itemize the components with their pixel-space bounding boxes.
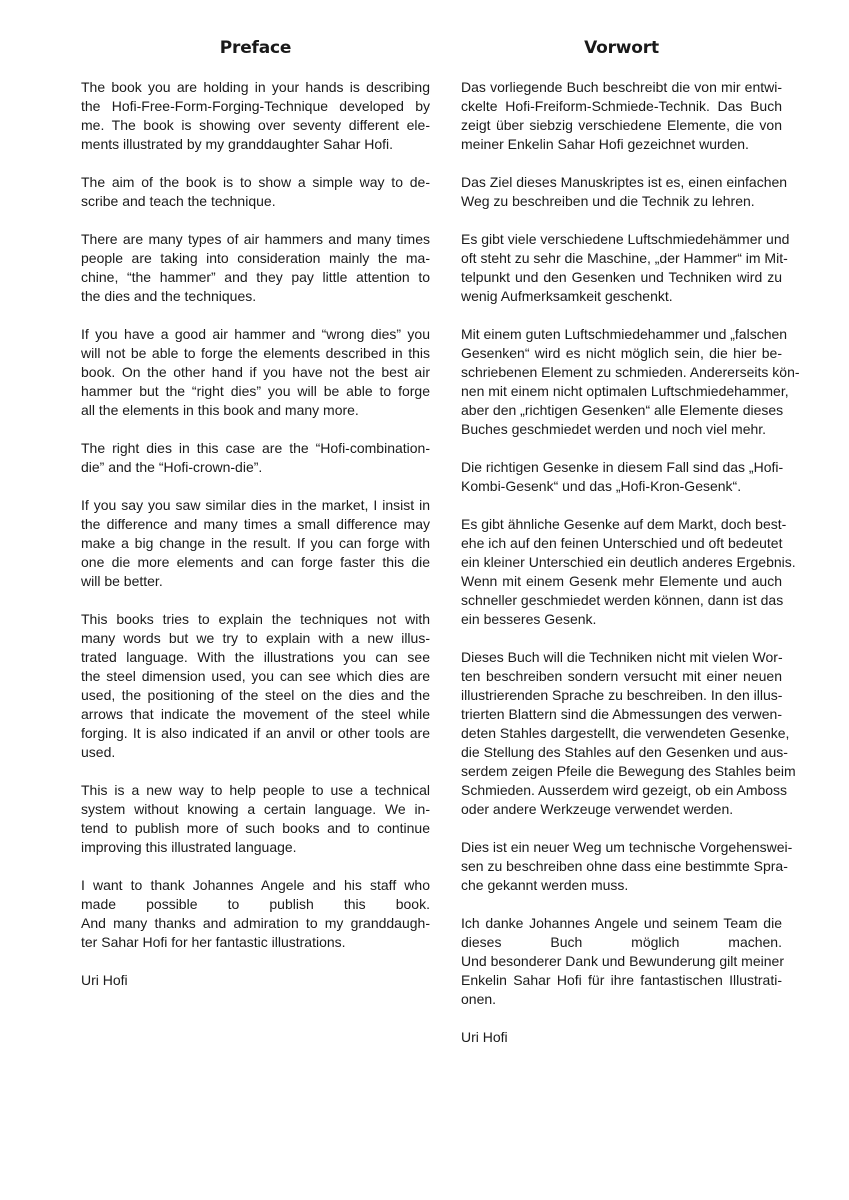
text-line: If you say you saw similar dies in the m… xyxy=(81,496,430,515)
vorwort-paragraph: Das Ziel dieses Manuskriptes ist es, ein… xyxy=(461,173,782,211)
text-line: will be better. xyxy=(81,572,430,591)
preface-paragraph: The aim of the book is to show a simple … xyxy=(81,173,430,211)
text-line: me. The book is showing over seventy dif… xyxy=(81,116,430,135)
vorwort-paragraph: Dieses Buch will die Techniken nicht mit… xyxy=(461,648,782,819)
text-line: onen. xyxy=(461,990,782,1009)
text-line: many words but we try to explain with a … xyxy=(81,629,430,648)
preface-paragraph: If you have a good air hammer and “wrong… xyxy=(81,325,430,420)
text-line: trated language. With the illustrations … xyxy=(81,648,430,667)
text-line: che gekannt werden muss. xyxy=(461,876,782,895)
text-line: Schmieden. Ausserdem wird gezeigt, ob ei… xyxy=(461,781,782,800)
vorwort-paragraph: Ich danke Johannes Angele und seinem Tea… xyxy=(461,914,782,1009)
preface-paragraph: If you say you saw similar dies in the m… xyxy=(81,496,430,591)
text-line: Und besonderer Dank und Bewunderung gilt… xyxy=(461,952,782,971)
text-line: wenig Aufmerksamkeit geschenkt. xyxy=(461,287,782,306)
text-line: Mit einem guten Luftschmiedehammer und „… xyxy=(461,325,782,344)
text-line: hammer but the “right dies” you will be … xyxy=(81,382,430,401)
text-line: schneller geschmiedet werden können, dan… xyxy=(461,591,782,610)
vorwort-body: Das vorliegende Buch beschreibt die von … xyxy=(461,78,782,1047)
text-line: the difference and many times a small di… xyxy=(81,515,430,534)
vorwort-paragraph: Das vorliegende Buch beschreibt die von … xyxy=(461,78,782,154)
vorwort-title: Vorwort xyxy=(461,36,782,60)
text-line: I want to thank Johannes Angele and his … xyxy=(81,876,430,895)
text-line: people are taking into consideration mai… xyxy=(81,249,430,268)
text-line: will not be able to forge the elements d… xyxy=(81,344,430,363)
preface-paragraph: I want to thank Johannes Angele and his … xyxy=(81,876,430,952)
text-line: Uri Hofi xyxy=(461,1028,782,1047)
vorwort-paragraph: Es gibt viele verschiedene Luftschmiedeh… xyxy=(461,230,782,306)
text-line: The aim of the book is to show a simple … xyxy=(81,173,430,192)
text-line: zeigt über siebzig verschiedene Elemente… xyxy=(461,116,782,135)
text-line: one die more elements and can forge fast… xyxy=(81,553,430,572)
vorwort-column: Vorwort Das vorliegende Buch beschreibt … xyxy=(461,36,782,1066)
preface-title: Preface xyxy=(81,36,430,60)
preface-paragraph: There are many types of air hammers and … xyxy=(81,230,430,306)
text-line: schriebenen Element zu schmieden. Andere… xyxy=(461,363,782,382)
text-line: illustrierenden Sprache zu beschreiben. … xyxy=(461,686,782,705)
text-line: dieses Buch möglich machen. xyxy=(461,933,782,952)
text-line: forging. It is also indicated if an anvi… xyxy=(81,724,430,743)
text-line: If you have a good air hammer and “wrong… xyxy=(81,325,430,344)
text-line: system without knowing a certain languag… xyxy=(81,800,430,819)
text-line: aber den „richtigen Gesenken“ alle Eleme… xyxy=(461,401,782,420)
preface-paragraph: The book you are holding in your hands i… xyxy=(81,78,430,154)
text-line: tend to publish more of such books and t… xyxy=(81,819,430,838)
text-line: Wenn mit einem Gesenk mehr Elemente und … xyxy=(461,572,782,591)
text-line: meiner Enkelin Sahar Hofi gezeichnet wur… xyxy=(461,135,782,154)
vorwort-paragraph: Die richtigen Gesenke in diesem Fall sin… xyxy=(461,458,782,496)
text-line: the Hofi-Free-Form-Forging-Technique dev… xyxy=(81,97,430,116)
vorwort-paragraph: Uri Hofi xyxy=(461,1028,782,1047)
text-line: the dies and the techniques. xyxy=(81,287,430,306)
text-line: Gesenken“ wird es nicht möglich sein, di… xyxy=(461,344,782,363)
text-line: ments illustrated by my granddaughter Sa… xyxy=(81,135,430,154)
preface-paragraph: This books tries to explain the techniqu… xyxy=(81,610,430,762)
text-line: improving this illustrated language. xyxy=(81,838,430,857)
text-line: The book you are holding in your hands i… xyxy=(81,78,430,97)
text-line: Dies ist ein neuer Weg um technische Vor… xyxy=(461,838,782,857)
text-line: ein besseres Gesenk. xyxy=(461,610,782,629)
text-line: There are many types of air hammers and … xyxy=(81,230,430,249)
text-line: Das vorliegende Buch beschreibt die von … xyxy=(461,78,782,97)
text-line: Die richtigen Gesenke in diesem Fall sin… xyxy=(461,458,782,477)
text-line: chine, “the hammer” and they pay little … xyxy=(81,268,430,287)
preface-paragraph: The right dies in this case are the “Hof… xyxy=(81,439,430,477)
text-line: die Stellung des Stahles auf den Gesenke… xyxy=(461,743,782,762)
preface-paragraph: Uri Hofi xyxy=(81,971,430,990)
text-line: used, the positioning of the steel on th… xyxy=(81,686,430,705)
text-line: arrows that indicate the movement of the… xyxy=(81,705,430,724)
text-line: book. On the other hand if you have not … xyxy=(81,363,430,382)
text-line: Kombi-Gesenk“ und das „Hofi-Kron-Gesenk“… xyxy=(461,477,782,496)
text-line: ckelte Hofi-Freiform-Schmiede-Technik. D… xyxy=(461,97,782,116)
text-line: serdem zeigen Pfeile die Bewegung des St… xyxy=(461,762,782,781)
text-line: deten Stahles dargestellt, die verwendet… xyxy=(461,724,782,743)
text-line: ein kleiner Unterschied ein deutlich and… xyxy=(461,553,782,572)
vorwort-paragraph: Mit einem guten Luftschmiedehammer und „… xyxy=(461,325,782,439)
text-line: This books tries to explain the techniqu… xyxy=(81,610,430,629)
vorwort-paragraph: Dies ist ein neuer Weg um technische Vor… xyxy=(461,838,782,895)
text-line: telpunkt und den Gesenken und Techniken … xyxy=(461,268,782,287)
text-line: nen mit einem nicht optimalen Luftschmie… xyxy=(461,382,782,401)
text-line: Ich danke Johannes Angele und seinem Tea… xyxy=(461,914,782,933)
text-line: ten beschreiben sondern versucht mit ein… xyxy=(461,667,782,686)
text-line: Buches geschmiedet werden und noch viel … xyxy=(461,420,782,439)
text-line: Es gibt ähnliche Gesenke auf dem Markt, … xyxy=(461,515,782,534)
text-line: And many thanks and admiration to my gra… xyxy=(81,914,430,933)
text-line: sen zu beschreiben ohne dass eine bestim… xyxy=(461,857,782,876)
text-line: ehe ich auf den feinen Unterschied und o… xyxy=(461,534,782,553)
text-line: Weg zu beschreiben und die Technik zu le… xyxy=(461,192,782,211)
text-line: Es gibt viele verschiedene Luftschmiedeh… xyxy=(461,230,782,249)
text-line: the steel dimension used, you can see wh… xyxy=(81,667,430,686)
text-line: ter Sahar Hofi for her fantastic illustr… xyxy=(81,933,430,952)
text-line: scribe and teach the technique. xyxy=(81,192,430,211)
text-line: Enkelin Sahar Hofi für ihre fantastische… xyxy=(461,971,782,990)
text-line: Dieses Buch will die Techniken nicht mit… xyxy=(461,648,782,667)
text-line: oft steht zu sehr die Maschine, „der Ham… xyxy=(461,249,782,268)
text-line: This is a new way to help people to use … xyxy=(81,781,430,800)
text-line: made possible to publish this book. xyxy=(81,895,430,914)
text-line: make a big change in the result. If you … xyxy=(81,534,430,553)
text-line: Uri Hofi xyxy=(81,971,430,990)
text-line: used. xyxy=(81,743,430,762)
text-line: Das Ziel dieses Manuskriptes ist es, ein… xyxy=(461,173,782,192)
text-line: all the elements in this book and many m… xyxy=(81,401,430,420)
preface-body: The book you are holding in your hands i… xyxy=(81,78,430,990)
preface-paragraph: This is a new way to help people to use … xyxy=(81,781,430,857)
text-line: The right dies in this case are the “Hof… xyxy=(81,439,430,458)
vorwort-paragraph: Es gibt ähnliche Gesenke auf dem Markt, … xyxy=(461,515,782,629)
preface-column: Preface The book you are holding in your… xyxy=(81,36,430,1009)
text-line: oder andere Werkzeuge verwendet werden. xyxy=(461,800,782,819)
text-line: trierten Blattern sind die Abmessungen d… xyxy=(461,705,782,724)
text-line: die” and the “Hofi-crown-die”. xyxy=(81,458,430,477)
